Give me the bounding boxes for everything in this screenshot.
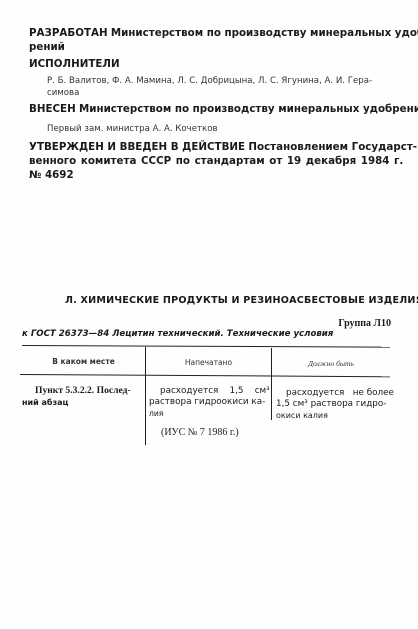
deputy-minister: Первый зам. министра А. А. Кочетков (47, 124, 218, 134)
approved-text-cont: венного комитета СССР по стандартам от 1… (29, 154, 403, 168)
executors-label: ИСПОЛНИТЕЛИ (29, 57, 120, 71)
introduced-label: ВНЕСЕН (29, 103, 76, 115)
group-code: Группа Л10 (338, 318, 391, 329)
cell-where-line2: ний абзац (22, 397, 68, 408)
header-should-be: Должно быть (272, 359, 390, 368)
approved-paragraph: УТВЕРЖДЕН И ВВЕДЕН В ДЕЙСТВИЕ Постановле… (29, 140, 417, 154)
cell-should-be-line1: расходуется не более (286, 388, 394, 399)
approved-text: Постановлением Государст- (248, 141, 417, 153)
cell-should-be-line2: 1,5 см³ раствора гидро- (276, 399, 386, 410)
cell-printed-line1: расходуется 1,5 см³ (160, 386, 270, 397)
section-title: Л. ХИМИЧЕСКИЕ ПРОДУКТЫ И РЕЗИНОАСБЕСТОВЫ… (65, 295, 418, 306)
header-where: В каком месте (22, 357, 145, 366)
source-reference: (ИУС № 7 1986 г.) (161, 427, 239, 438)
cell-where-line1: Пункт 5.3.2.2. Послед- (35, 385, 131, 396)
header-printed: Напечатано (146, 358, 271, 367)
cell-should-be-line3: окиси калия (276, 410, 328, 421)
cell-printed-line3: лия (149, 408, 163, 419)
gost-reference: к ГОСТ 26373—84 Лецитин технический. Тех… (22, 329, 333, 339)
developed-paragraph: РАЗРАБОТАН Министерством по производству… (29, 26, 418, 40)
executors-names: Р. Б. Валитов, Ф. А. Мамина, Л. С. Добри… (47, 76, 372, 86)
developed-text-cont: рений (29, 40, 65, 54)
introduced-text: Министерством по производству минеральны… (79, 103, 418, 115)
table-header-rule (20, 374, 390, 377)
table-top-rule (22, 345, 390, 348)
developed-text: Министерством по производству минеральны… (111, 27, 418, 39)
cell-printed-line2: раствора гидроокиси ка- (149, 397, 265, 408)
executors-names-cont: симова (47, 88, 79, 98)
approved-number: № 4692 (29, 168, 74, 182)
developed-label: РАЗРАБОТАН (29, 27, 108, 39)
approved-label: УТВЕРЖДЕН И ВВЕДЕН В ДЕЙСТВИЕ (29, 141, 245, 153)
introduced-paragraph: ВНЕСЕН Министерством по производству мин… (29, 102, 418, 116)
